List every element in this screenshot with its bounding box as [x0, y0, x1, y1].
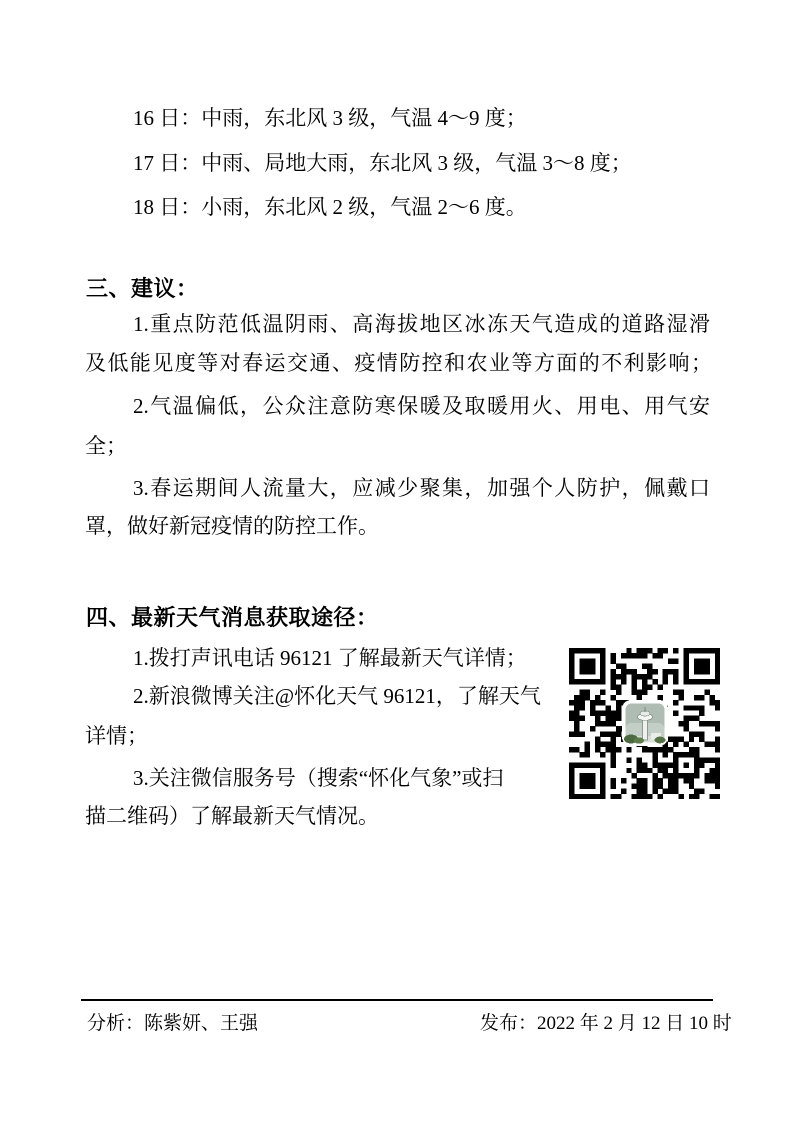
qr-center-logo-icon: [622, 700, 668, 746]
qr-code-image: [569, 648, 720, 799]
footer-analysts: 分析：陈紫妍、王强: [87, 1012, 258, 1036]
advice-item1-line1: 1.重点防范低温阴雨、高海拔地区冰冻天气造成的道路湿滑: [133, 311, 710, 337]
footer-issued: 发布：2022 年 2 月 12 日 10 时: [480, 1012, 732, 1036]
footer-divider: [81, 999, 713, 1001]
forecast-line-17: 17 日：中雨、局地大雨，东北风 3 级，气温 3～8 度；: [133, 150, 632, 176]
advice-item2-line2: 全；: [85, 433, 127, 459]
advice-item1-line2: 及低能见度等对春运交通、疫情防控和农业等方面的不利影响；: [85, 350, 712, 376]
wechat-qr-code: [569, 648, 720, 799]
section-channels-heading: 四、最新天气消息获取途径：: [86, 605, 379, 631]
document-page: 16 日：中雨，东北风 3 级，气温 4～9 度； 17 日：中雨、局地大雨，东…: [0, 0, 793, 1122]
channels-item2-line1: 2.新浪微博关注@怀化天气 96121，了解天气: [133, 683, 541, 709]
forecast-line-18: 18 日：小雨，东北风 2 级，气温 2～6 度。: [133, 194, 527, 220]
advice-item3-line2: 罩，做好新冠疫情的防控工作。: [85, 513, 379, 539]
channels-item3-line2: 描二维码）了解最新天气情况。: [85, 803, 379, 829]
section-advice-heading: 三、建议：: [86, 276, 199, 302]
channels-item3-line1: 3.关注微信服务号（搜索“怀化气象”或扫: [133, 765, 503, 791]
channels-item2-line2: 详情；: [85, 723, 148, 749]
forecast-line-16: 16 日：中雨，东北风 3 级，气温 4～9 度；: [133, 105, 527, 131]
channels-item1: 1.拨打声讯电话 96121 了解最新天气详情；: [133, 645, 527, 671]
advice-item3-line1: 3.春运期间人流量大，应减少聚集，加强个人防护，佩戴口: [133, 475, 710, 501]
advice-item2-line1: 2.气温偏低，公众注意防寒保暖及取暖用火、用电、用气安: [133, 393, 710, 419]
